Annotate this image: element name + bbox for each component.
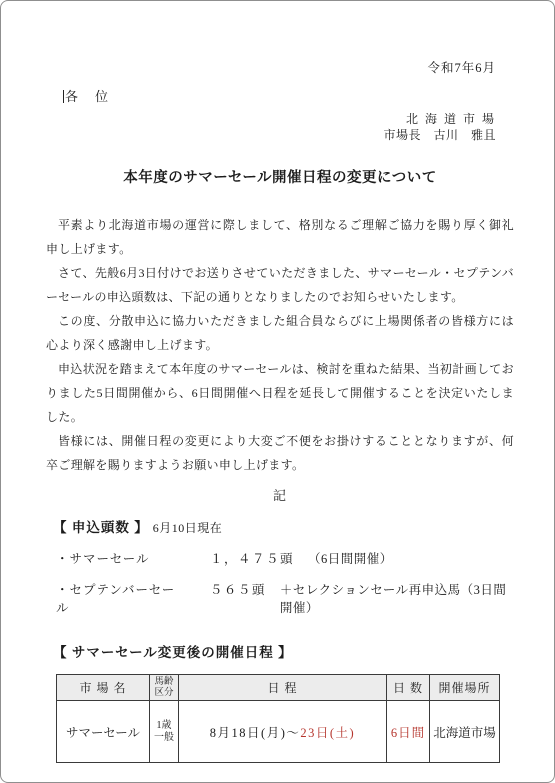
- text-cursor: [63, 90, 64, 103]
- schedule-date-changed: 23日(土): [300, 726, 355, 740]
- sender-block: 北 海 道 市 場 市場長 古川 雅且: [46, 112, 496, 143]
- document-page: 令和7年6月 各 位 北 海 道 市 場 市場長 古川 雅且 本年度のサマーセー…: [0, 0, 555, 783]
- letter-body: 平素より北海道市場の運営に際しまして、格別なるご理解ご協力を賜り厚く御礼申し上げ…: [46, 213, 514, 477]
- entry-september-sale: ・セプテンバーセール ５６５頭 ＋セレクションセール再申込馬（3日間開催）: [56, 580, 514, 616]
- record-mark: 記: [46, 485, 514, 504]
- addressee: 各 位: [63, 86, 514, 105]
- table-header-row: 市 場 名 馬齢 区分 日 程 日 数 開催場所: [57, 675, 500, 701]
- entry-count: ５６５頭: [188, 580, 266, 598]
- col-header-days: 日 数: [387, 675, 430, 701]
- entries-as-of-date: 6月10日現在: [153, 521, 223, 535]
- schedule-date-original: 8月18日(月)～: [210, 726, 301, 740]
- entries-section-heading: 【 申込頭数 】6月10日現在: [53, 516, 514, 536]
- col-header-market-name: 市 場 名: [57, 675, 150, 701]
- entry-count: １，４７５頭: [206, 549, 294, 567]
- sender-organization: 北 海 道 市 場: [46, 112, 496, 128]
- paragraph-thanks: この度、分散申込に協力いただきました組合員ならびに上場関係者の皆様方には心より深…: [46, 309, 514, 357]
- schedule-section-heading: 【 サマーセール変更後の開催日程 】: [53, 641, 514, 661]
- entry-note: （6日間開催）: [308, 549, 393, 567]
- page-title: 本年度のサマーセール開催日程の変更について: [46, 166, 514, 187]
- age-class-line2: 区分: [150, 688, 178, 699]
- cell-age-class: 1歳 一般: [150, 701, 179, 763]
- age-class-line1: 1歳: [150, 720, 178, 732]
- age-class-line2: 一般: [150, 732, 178, 744]
- paragraph-greeting: 平素より北海道市場の運営に際しまして、格別なるご理解ご協力を賜り厚く御礼申し上げ…: [46, 213, 514, 261]
- entries-heading-label: 【 申込頭数 】: [53, 520, 149, 535]
- cell-venue: 北海道市場: [430, 701, 500, 763]
- entry-label: ・セプテンバーセール: [56, 580, 188, 616]
- cell-day-count: 6日間: [387, 701, 430, 763]
- schedule-table: 市 場 名 馬齢 区分 日 程 日 数 開催場所 サマーセール 1歳 一般 8月…: [56, 674, 500, 763]
- document-date: 令和7年6月: [46, 58, 496, 76]
- col-header-venue: 開催場所: [430, 675, 500, 701]
- addressee-text: 各 位: [65, 89, 110, 104]
- cell-schedule-dates: 8月18日(月)～23日(土): [179, 701, 387, 763]
- entry-note: ＋セレクションセール再申込馬（3日間開催）: [280, 580, 514, 616]
- col-header-age-class: 馬齢 区分: [150, 675, 179, 701]
- paragraph-apology: 皆様には、開催日程の変更により大変ご不便をお掛けすることとなりますが、何卒ご理解…: [46, 429, 514, 477]
- age-class-line1: 馬齢: [150, 677, 178, 688]
- paragraph-notice: さて、先般6月3日付けでお送りさせていただきました、サマーセール・セプテンバーセ…: [46, 261, 514, 309]
- col-header-schedule: 日 程: [179, 675, 387, 701]
- entry-summer-sale: ・サマーセール １，４７５頭 （6日間開催）: [56, 549, 514, 567]
- cell-market-name: サマーセール: [57, 701, 150, 763]
- table-row: サマーセール 1歳 一般 8月18日(月)～23日(土) 6日間 北海道市場: [57, 701, 500, 763]
- entry-label: ・サマーセール: [56, 549, 206, 567]
- paragraph-decision: 申込状況を踏まえて本年度のサマーセールは、検討を重ねた結果、当初計画しておりまし…: [46, 357, 514, 429]
- sender-name: 市場長 古川 雅且: [46, 128, 496, 144]
